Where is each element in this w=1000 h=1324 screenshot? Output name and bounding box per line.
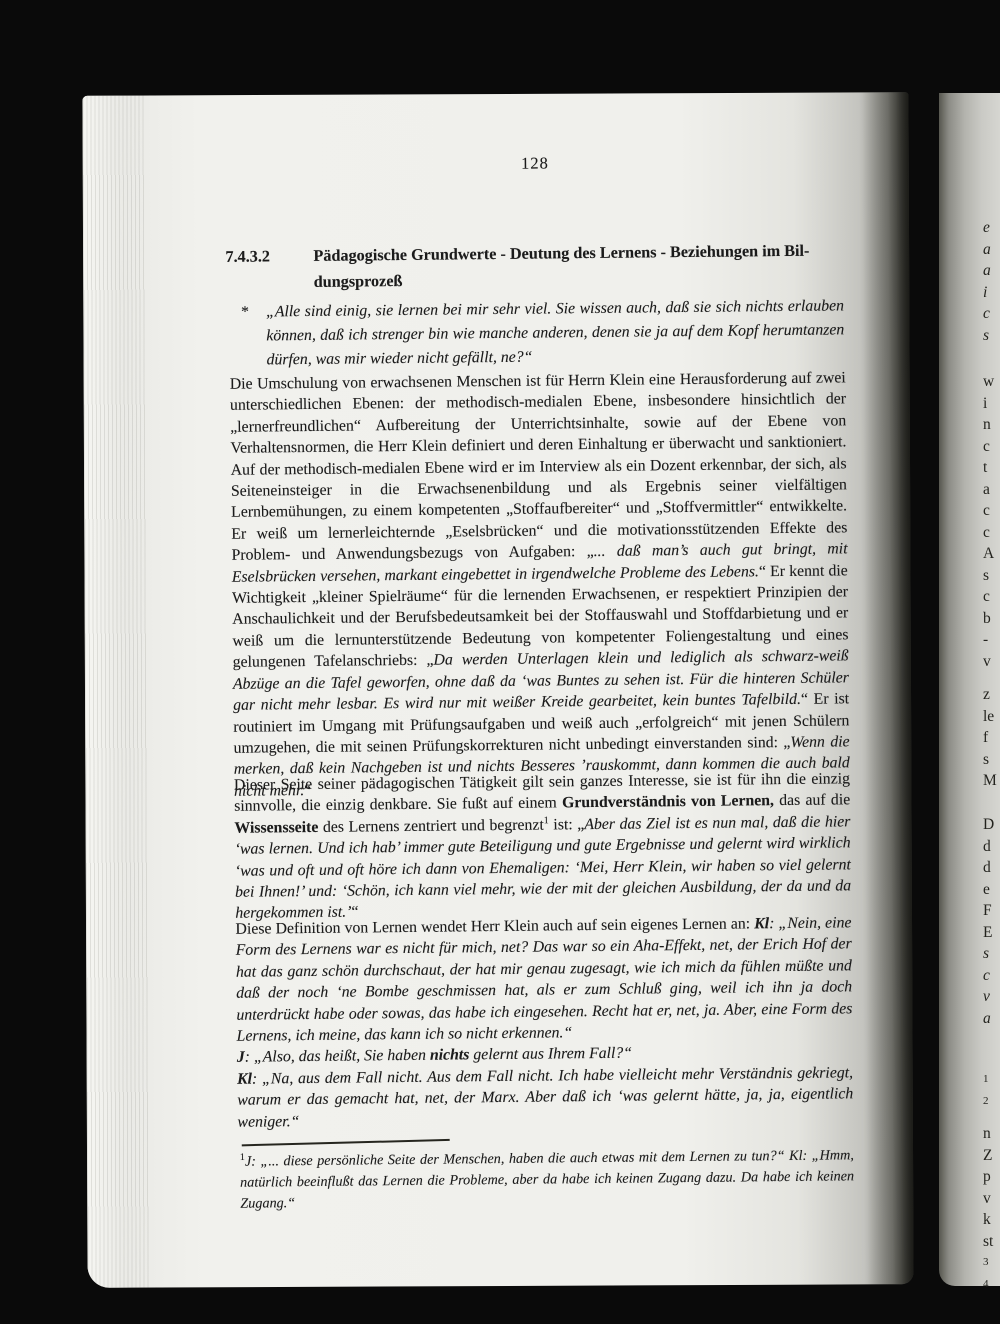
facing-page-fragments: eaaicswinctaccAscb-vzlefsMDddeFEscva12nZ… [939,93,1000,1286]
epigraph-text: „Alle sind einig, sie lernen bei mir seh… [266,294,845,372]
section-title-line1: Pädagogische Grundwerte - Deutung des Le… [313,242,809,265]
paragraph-umschulung: Die Umschulung von erwachsenen Menschen … [230,367,850,802]
facing-page-text-fragment: zlefsM [983,684,1000,792]
paragraph-interview-dialog: Diese Definition von Lernen wendet Herr … [235,912,853,1133]
facing-page-text-fragment: nZpvkst [983,1123,1000,1252]
facing-page-text-fragment: winctaccAscb-v [983,371,1000,672]
section-title-line2: dungsprozeß [314,272,403,291]
footnote-text: 1J: „... diese persönliche Seite der Men… [240,1145,855,1214]
facing-page-edge: eaaicswinctaccAscb-vzlefsMDddeFEscva12nZ… [939,93,1000,1286]
page-content: 128 7.4.3.2 Pädagogische Grundwerte - De… [79,90,917,1291]
facing-page-text-fragment: eaaics [983,217,1000,346]
section-heading: 7.4.3.2 Pädagogische Grundwerte - Deutun… [225,237,846,295]
book-page: 128 7.4.3.2 Pädagogische Grundwerte - De… [82,92,913,1288]
section-title: Pädagogische Grundwerte - Deutung des Le… [313,237,846,295]
book-scan-photo: 128 7.4.3.2 Pädagogische Grundwerte - De… [0,0,1000,1324]
facing-page-text-fragment: scva [983,943,1000,1029]
facing-page-text-fragment: 12 [983,1069,1000,1112]
epigraph-quote: * „Alle sind einig, sie lernen bei mir s… [241,294,845,372]
footnote-rule [242,1139,450,1146]
page-number: 128 [227,150,842,176]
paragraph-grundverstaendnis: Dieser Seite seiner pädagogischen Tätigk… [234,768,852,924]
section-number: 7.4.3.2 [225,243,314,296]
facing-page-text-fragment: 34 [983,1252,1000,1295]
asterisk-marker: * [241,300,267,372]
facing-page-text-fragment: DddeFE [983,814,1000,943]
